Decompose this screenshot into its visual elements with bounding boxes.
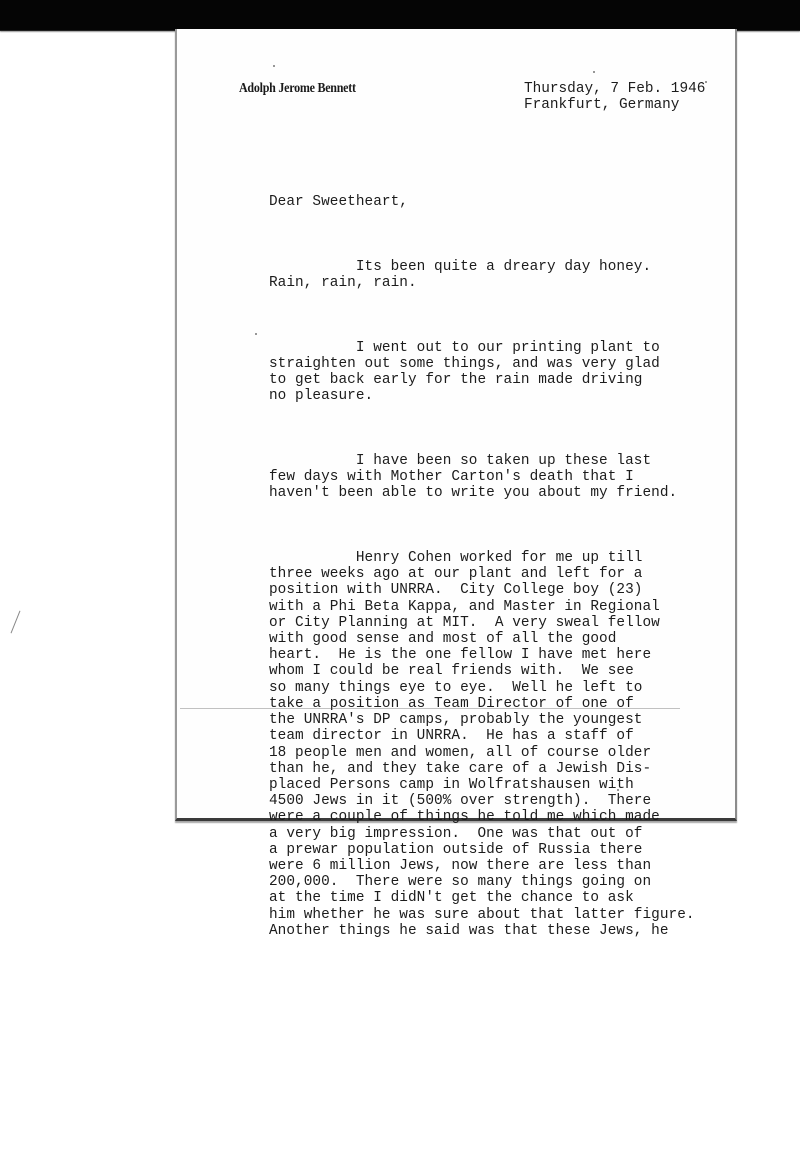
- text-line: few days with Mother Carton's death that…: [269, 469, 695, 485]
- text-line: a very big impression. One was that out …: [269, 826, 695, 842]
- letter-body: Dear Sweetheart, Its been quite a dreary…: [269, 162, 695, 987]
- scan-speck: [705, 81, 707, 83]
- scanner-top-bar: [0, 0, 800, 31]
- scan-speck: [273, 65, 275, 67]
- text-line: a prewar population outside of Russia th…: [269, 842, 695, 858]
- text-line: with a Phi Beta Kappa, and Master in Reg…: [269, 599, 695, 615]
- text-line: with good sense and most of all the good: [269, 631, 695, 647]
- text-line: the UNRRA's DP camps, probably the young…: [269, 712, 695, 728]
- text-line: Henry Cohen worked for me up till: [269, 550, 695, 566]
- text-line: him whether he was sure about that latte…: [269, 907, 695, 923]
- text-line: I have been so taken up these last: [269, 453, 695, 469]
- text-line: were 6 million Jews, now there are less …: [269, 858, 695, 874]
- text-line: Rain, rain, rain.: [269, 275, 695, 291]
- text-line: whom I could be real friends with. We se…: [269, 663, 695, 679]
- text-line: were a couple of things he told me which…: [269, 809, 695, 825]
- text-line: than he, and they take care of a Jewish …: [269, 761, 695, 777]
- scan-speck: [593, 71, 595, 73]
- scan-speck: [255, 333, 257, 335]
- margin-pencil-mark: [11, 611, 21, 634]
- text-line: team director in UNRRA. He has a staff o…: [269, 728, 695, 744]
- date-line: Thursday, 7 Feb. 1946: [524, 81, 705, 97]
- date-location-block: Thursday, 7 Feb. 1946Frankfurt, Germany: [524, 81, 705, 113]
- salutation-text: Dear Sweetheart,: [269, 194, 695, 210]
- text-line: haven't been able to write you about my …: [269, 485, 695, 501]
- text-line: 18 people men and women, all of course o…: [269, 745, 695, 761]
- paragraph: Henry Cohen worked for me up tillthree w…: [269, 550, 695, 939]
- letterhead-name: Adolph Jerome Bennett: [239, 81, 356, 97]
- text-line: to get back early for the rain made driv…: [269, 372, 695, 388]
- text-line: straighten out some things, and was very…: [269, 356, 695, 372]
- text-line: 200,000. There were so many things going…: [269, 874, 695, 890]
- text-line: 4500 Jews in it (500% over strength). Th…: [269, 793, 695, 809]
- text-line: or City Planning at MIT. A very sweal fe…: [269, 615, 695, 631]
- scan-artifact-line: [180, 708, 680, 709]
- text-line: Another things he said was that these Je…: [269, 923, 695, 939]
- text-line: take a position as Team Director of one …: [269, 696, 695, 712]
- text-line: at the time I didN't get the chance to a…: [269, 890, 695, 906]
- paragraph: I went out to our printing plant tostrai…: [269, 340, 695, 405]
- letter-page: Adolph Jerome Bennett Thursday, 7 Feb. 1…: [175, 29, 737, 821]
- salutation: Dear Sweetheart,: [269, 194, 695, 210]
- text-line: position with UNRRA. City College boy (2…: [269, 582, 695, 598]
- text-line: no pleasure.: [269, 388, 695, 404]
- text-line: Its been quite a dreary day honey.: [269, 259, 695, 275]
- location-line: Frankfurt, Germany: [524, 97, 705, 113]
- text-line: I went out to our printing plant to: [269, 340, 695, 356]
- text-line: heart. He is the one fellow I have met h…: [269, 647, 695, 663]
- text-line: placed Persons camp in Wolfratshausen wi…: [269, 777, 695, 793]
- paragraph: Its been quite a dreary day honey.Rain, …: [269, 259, 695, 291]
- paragraph: I have been so taken up these lastfew da…: [269, 453, 695, 502]
- scan-speck: [617, 789, 619, 791]
- text-line: three weeks ago at our plant and left fo…: [269, 566, 695, 582]
- text-line: so many things eye to eye. Well he left …: [269, 680, 695, 696]
